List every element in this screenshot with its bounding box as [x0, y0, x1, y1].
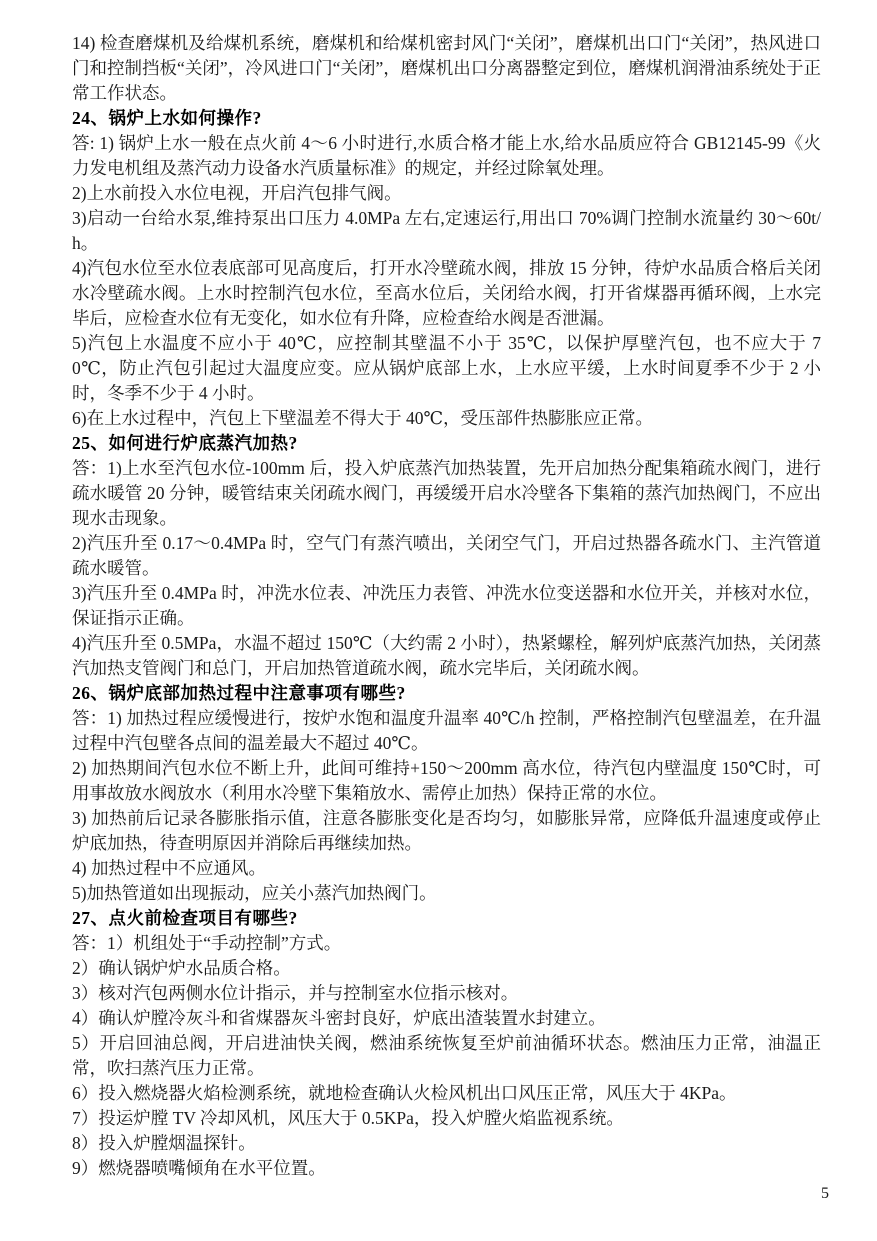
paragraph: 4)汽包水位至水位表底部可见高度后，打开水冷壁疏水阀，排放 15 分钟，待炉水品…: [72, 256, 821, 331]
paragraph: 2)汽压升至 0.17～0.4MPa 时，空气门有蒸汽喷出，关闭空气门，开启过热…: [72, 531, 821, 581]
paragraph: 6)在上水过程中，汽包上下壁温差不得大于 40℃，受压部件热膨胀应正常。: [72, 406, 821, 431]
document-content: 14) 检查磨煤机及给煤机系统，磨煤机和给煤机密封风门“关闭”，磨煤机出口门“关…: [72, 31, 821, 1181]
paragraph: 5)汽包上水温度不应小于 40℃，应控制其壁温不小于 35℃，以保护厚壁汽包，也…: [72, 331, 821, 406]
paragraph: 7）投运炉膛 TV 冷却风机，风压大于 0.5KPa，投入炉膛火焰监视系统。: [72, 1106, 821, 1131]
paragraph: 3)汽压升至 0.4MPa 时，冲洗水位表、冲洗压力表管、冲洗水位变送器和水位开…: [72, 581, 821, 631]
paragraph: 2）确认锅炉炉水品质合格。: [72, 956, 821, 981]
paragraph: 5）开启回油总阀，开启进油快关阀，燃油系统恢复至炉前油循环状态。燃油压力正常，油…: [72, 1031, 821, 1081]
paragraph: 4) 加热过程中不应通风。: [72, 856, 821, 881]
document-page: 14) 检查磨煤机及给煤机系统，磨煤机和给煤机密封风门“关闭”，磨煤机出口门“关…: [0, 0, 877, 1241]
paragraph: 8）投入炉膛烟温探针。: [72, 1131, 821, 1156]
page-number: 5: [821, 1185, 829, 1203]
paragraph: 答：1)上水至汽包水位-100mm 后，投入炉底蒸汽加热装置，先开启加热分配集箱…: [72, 456, 821, 531]
paragraph: 3) 加热前后记录各膨胀指示值，注意各膨胀变化是否均匀，如膨胀异常，应降低升温速…: [72, 806, 821, 856]
paragraph: 14) 检查磨煤机及给煤机系统，磨煤机和给煤机密封风门“关闭”，磨煤机出口门“关…: [72, 31, 821, 106]
paragraph: 3）核对汽包两侧水位计指示，并与控制室水位指示核对。: [72, 981, 821, 1006]
paragraph: 答：1) 加热过程应缓慢进行，按炉水饱和温度升温率 40℃/h 控制，严格控制汽…: [72, 706, 821, 756]
section-heading: 25、如何进行炉底蒸汽加热?: [72, 431, 821, 456]
paragraph: 4)汽压升至 0.5MPa，水温不超过 150℃（大约需 2 小时），热紧螺栓，…: [72, 631, 821, 681]
paragraph: 2)上水前投入水位电视，开启汽包排气阀。: [72, 181, 821, 206]
paragraph: 3)启动一台给水泵,维持泵出口压力 4.0MPa 左右,定速运行,用出口 70%…: [72, 206, 821, 256]
section-heading: 26、锅炉底部加热过程中注意事项有哪些?: [72, 681, 821, 706]
paragraph: 6）投入燃烧器火焰检测系统，就地检查确认火检风机出口风压正常，风压大于 4KPa…: [72, 1081, 821, 1106]
section-heading: 27、点火前检查项目有哪些?: [72, 906, 821, 931]
paragraph: 答: 1) 锅炉上水一般在点火前 4～6 小时进行,水质合格才能上水,给水品质应…: [72, 131, 821, 181]
paragraph: 答：1）机组处于“手动控制”方式。: [72, 931, 821, 956]
paragraph: 4）确认炉膛冷灰斗和省煤器灰斗密封良好，炉底出渣装置水封建立。: [72, 1006, 821, 1031]
paragraph: 9）燃烧器喷嘴倾角在水平位置。: [72, 1156, 821, 1181]
paragraph: 5)加热管道如出现振动，应关小蒸汽加热阀门。: [72, 881, 821, 906]
paragraph: 2) 加热期间汽包水位不断上升，此间可维持+150～200mm 高水位，待汽包内…: [72, 756, 821, 806]
section-heading: 24、锅炉上水如何操作?: [72, 106, 821, 131]
